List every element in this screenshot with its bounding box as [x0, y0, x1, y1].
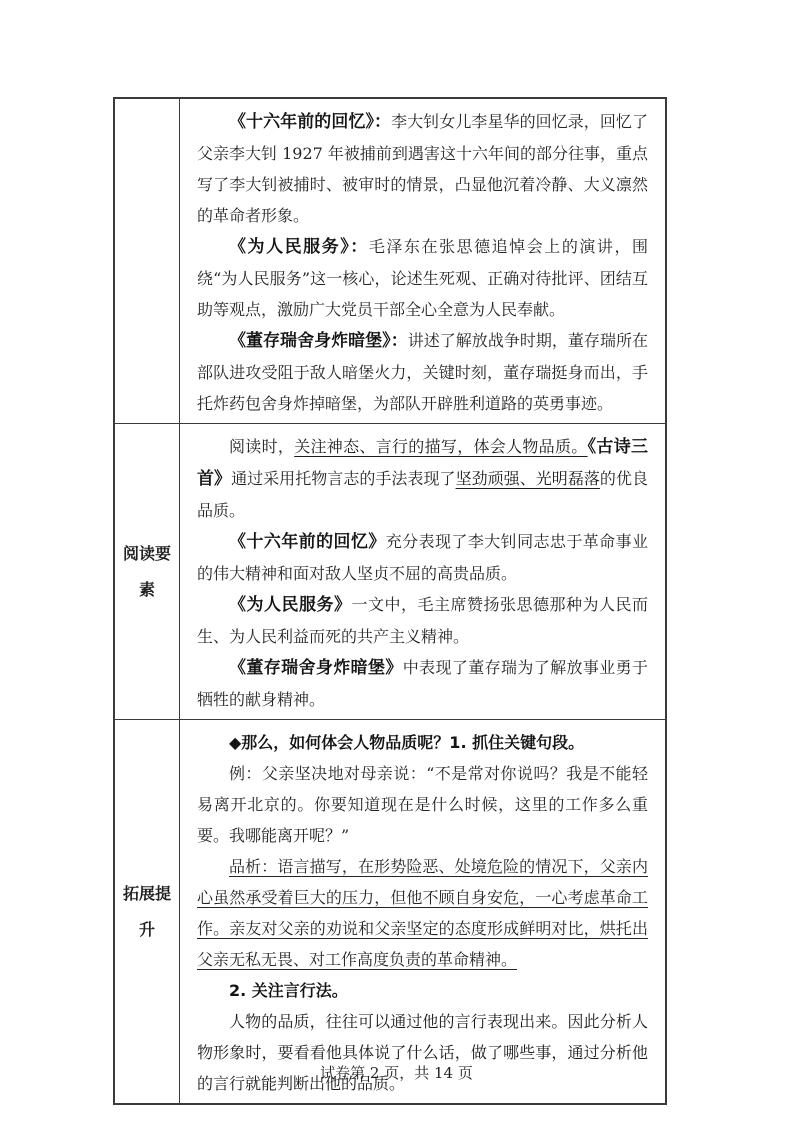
extension-content: ◆那么，如何体会人物品质呢？1. 抓住关键句段。例：父亲坚决地对母亲说：“不是常… [180, 720, 665, 1103]
text-segment: 《十六年前的回忆》 [229, 532, 386, 552]
paragraph: 阅读时，关注神态、言行的描写，体会人物品质。《古诗三首》通过采用托物言志的手法表… [197, 431, 648, 526]
reading-elements-content: 阅读时，关注神态、言行的描写，体会人物品质。《古诗三首》通过采用托物言志的手法表… [180, 424, 665, 719]
row-label-extension: 拓展提升 [115, 720, 180, 1103]
text-segment: 坚劲顽强、光明磊落 [456, 469, 600, 488]
text-segment: 例：父亲坚决地对母亲说：“不是常对你说吗？我是不能轻易离开北京的。你要知道现在是… [197, 764, 648, 845]
text-segment: 《为人民服务》 [229, 595, 352, 615]
row-extension: 拓展提升 ◆那么，如何体会人物品质呢？1. 抓住关键句段。例：父亲坚决地对母亲说… [115, 719, 665, 1103]
paragraph: 《十六年前的回忆》充分表现了李大钊同志忠于革命事业的伟大精神和面对敌人坚贞不屈的… [197, 526, 648, 589]
paragraph: 《为人民服务》一文中，毛主席赞扬张思德那种为人民而生、为人民利益而死的共产主义精… [197, 589, 648, 652]
lesson-summaries-content: 《十六年前的回忆》：李大钊女儿李星华的回忆录，回忆了父亲李大钊 1927 年被捕… [180, 99, 665, 423]
text-segment: ◆那么，如何体会人物品质呢？1. 抓住关键句段。 [229, 733, 584, 752]
row-label-empty [115, 99, 180, 423]
paragraph: 《为人民服务》：毛泽东在张思德追悼会上的演讲，围绕“为人民服务”这一核心，论述生… [197, 231, 648, 325]
paragraph: ◆那么，如何体会人物品质呢？1. 抓住关键句段。 [197, 727, 648, 758]
document-page: 《十六年前的回忆》：李大钊女儿李星华的回忆录，回忆了父亲李大钊 1927 年被捕… [0, 0, 793, 1122]
text-segment: 《十六年前的回忆》： [229, 112, 391, 132]
page-footer: 试卷第 2 页，共 14 页 [0, 1062, 793, 1083]
row-lesson-summaries: 《十六年前的回忆》：李大钊女儿李星华的回忆录，回忆了父亲李大钊 1927 年被捕… [115, 99, 665, 423]
text-segment: 《为人民服务》： [229, 237, 369, 257]
row-label-reading-elements: 阅读要素 [115, 424, 180, 719]
text-segment: 通过采用托物言志的手法表现了 [231, 469, 456, 488]
paragraph: 例：父亲坚决地对母亲说：“不是常对你说吗？我是不能轻易离开北京的。你要知道现在是… [197, 758, 648, 851]
paragraph: 人物的品质，往往可以通过他的言行表现出来。因此分析人物形象时，要看看他具体说了什… [197, 1006, 648, 1099]
study-notes-table: 《十六年前的回忆》：李大钊女儿李星华的回忆录，回忆了父亲李大钊 1927 年被捕… [113, 97, 667, 1105]
text-segment: 关注神态、言行的描写，体会人物品质。 [294, 437, 587, 456]
row-reading-elements: 阅读要素 阅读时，关注神态、言行的描写，体会人物品质。《古诗三首》通过采用托物言… [115, 423, 665, 719]
paragraph: 品析：语言描写，在形势险恶、处境危险的情况下，父亲内心虽然承受着巨大的压力，但他… [197, 851, 648, 975]
paragraph: 《董存瑞舍身炸暗堡》：讲述了解放战争时期，董存瑞所在部队进攻受阻于敌人暗堡火力，… [197, 325, 648, 419]
text-segment: 2. 关注言行法。 [229, 981, 348, 1000]
text-segment: 品析：语言描写，在形势险恶、处境危险的情况下，父亲内心虽然承受着巨大的压力，但他… [197, 857, 648, 969]
paragraph: 《十六年前的回忆》：李大钊女儿李星华的回忆录，回忆了父亲李大钊 1927 年被捕… [197, 106, 648, 231]
text-segment: 《董存瑞舍身炸暗堡》： [229, 331, 408, 351]
text-segment: 《董存瑞舍身炸暗堡》 [229, 658, 403, 678]
text-segment: 阅读时， [229, 437, 294, 456]
paragraph: 《董存瑞舍身炸暗堡》中表现了董存瑞为了解放事业勇于牺牲的献身精神。 [197, 652, 648, 715]
paragraph: 2. 关注言行法。 [197, 975, 648, 1006]
